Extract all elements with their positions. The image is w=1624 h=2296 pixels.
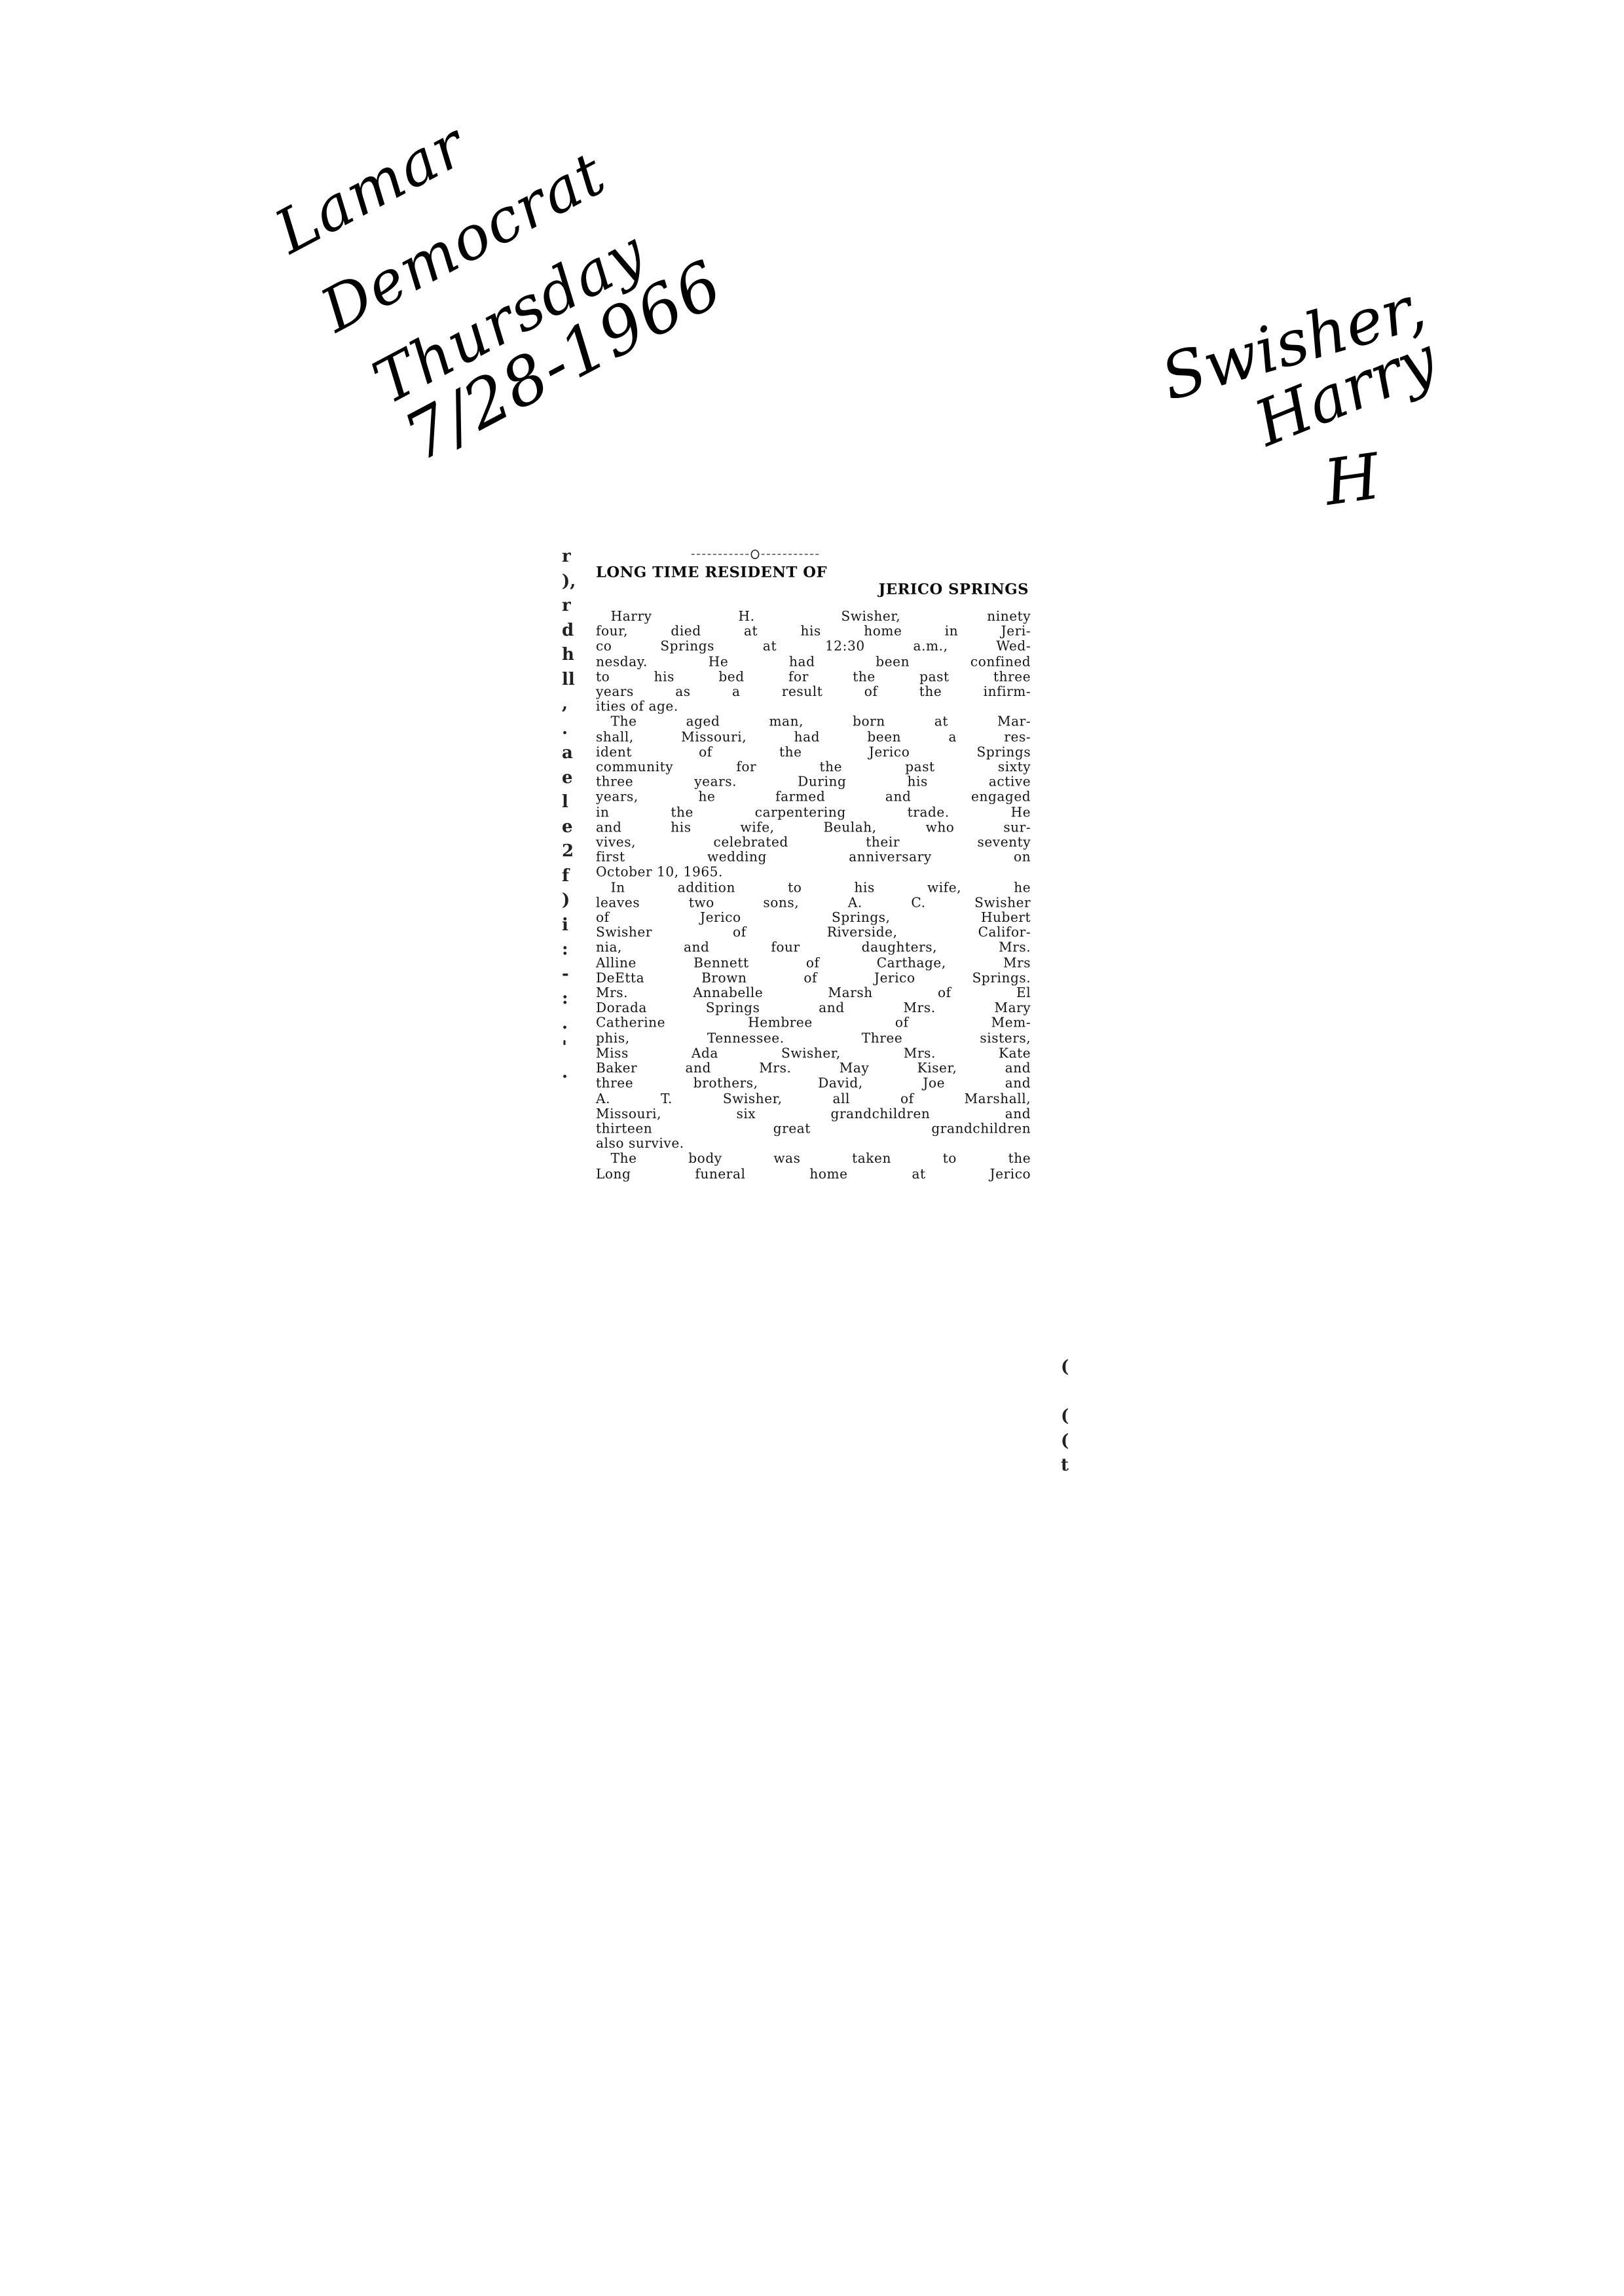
edge-fragment: [1061, 1257, 1080, 1282]
edge-fragment: ): [562, 888, 581, 913]
handwritten-subject-name: Swisher, Harry H: [1153, 308, 1493, 517]
text-line: nesday. He had been confined: [596, 654, 1031, 669]
edge-fragment: f: [562, 864, 581, 889]
handwritten-source-note: Lamar Democrat Thursday 7/28-1966: [295, 183, 701, 458]
text-line: October 10, 1965.: [596, 865, 1031, 880]
text-line: three years. During his active: [596, 774, 1031, 790]
edge-fragment: d: [562, 619, 581, 644]
handwritten-initial: H: [1321, 445, 1384, 515]
divider-circle-icon: [751, 549, 760, 559]
text-line: first wedding anniversary on: [596, 850, 1031, 865]
edge-fragment: :: [562, 987, 581, 1011]
edge-fragment: 2: [562, 839, 581, 864]
edge-fragment: ll: [562, 668, 581, 693]
text-line: Harry H. Swisher, ninety: [596, 609, 1031, 624]
text-line: leaves two sons, A. C. Swisher: [596, 895, 1031, 910]
text-line: Baker and Mrs. May Kiser, and: [596, 1061, 1031, 1076]
edge-fragment: r: [562, 545, 581, 570]
text-line: thirteen great grandchildren: [596, 1121, 1031, 1136]
text-line: Dorada Springs and Mrs. Mary: [596, 1000, 1031, 1015]
headline-line-1: LONG TIME RESIDENT OF: [596, 564, 1031, 581]
edge-fragment: :: [562, 938, 581, 962]
obituary-paragraph: Harry H. Swisher, ninetyfour, died at hi…: [596, 609, 1031, 714]
text-line: three brothers, David, Joe and: [596, 1076, 1031, 1091]
edge-fragment: (: [1061, 1429, 1080, 1454]
edge-fragment: l: [562, 790, 581, 815]
text-line: A. T. Swisher, all of Marshall,: [596, 1091, 1031, 1106]
text-line: community for the past sixty: [596, 759, 1031, 774]
text-line: and his wife, Beulah, who sur-: [596, 820, 1031, 835]
text-line: phis, Tennessee. Three sisters,: [596, 1030, 1031, 1046]
text-line: In addition to his wife, he: [596, 880, 1031, 895]
obituary-body: Harry H. Swisher, ninetyfour, died at hi…: [596, 609, 1031, 1181]
text-line: Miss Ada Swisher, Mrs. Kate: [596, 1046, 1031, 1061]
edge-fragment: e: [562, 766, 581, 791]
text-line: Catherine Hembree of Mem-: [596, 1015, 1031, 1030]
divider-dash-left: [692, 553, 748, 555]
obituary-paragraph: The aged man, born at Mar-shall, Missour…: [596, 714, 1031, 880]
text-line: to his bed for the past three: [596, 669, 1031, 684]
newspaper-clipping: r),rdhll,.aele2f)i:-:.'. (((t LONG TIME …: [544, 537, 1087, 1624]
text-line: Missouri, six grandchildren and: [596, 1106, 1031, 1121]
text-line: vives, celebrated their seventy: [596, 835, 1031, 850]
edge-fragment: (: [1061, 1404, 1080, 1429]
edge-fragment: r: [562, 594, 581, 619]
adjacent-column-fragments-right: (((t: [1061, 1257, 1080, 1478]
obituary-paragraph: The body was taken to theLong funeral ho…: [596, 1151, 1031, 1181]
text-line: nia, and four daughters, Mrs.: [596, 940, 1031, 955]
edge-fragment: ),: [562, 570, 581, 594]
edge-fragment: [1061, 1380, 1080, 1405]
edge-fragment: .: [562, 717, 581, 742]
edge-fragment: i: [562, 913, 581, 938]
text-line: ities of age.: [596, 699, 1031, 714]
edge-fragment: [1061, 1331, 1080, 1356]
text-line: shall, Missouri, had been a res-: [596, 729, 1031, 744]
text-line: years as a result of the infirm-: [596, 684, 1031, 699]
headline-line-2: JERICO SPRINGS: [596, 581, 1031, 598]
section-divider-ornament: [692, 547, 819, 560]
text-line: ident of the Jerico Springs: [596, 744, 1031, 759]
edge-fragment: .: [562, 1061, 581, 1085]
text-line: Alline Bennett of Carthage, Mrs: [596, 955, 1031, 970]
text-line: The body was taken to the: [596, 1151, 1031, 1166]
adjacent-column-fragments-left: r),rdhll,.aele2f)i:-:.'.: [562, 545, 581, 1085]
edge-fragment: (: [1061, 1355, 1080, 1380]
edge-fragment: [1061, 1306, 1080, 1331]
text-line: DeEtta Brown of Jerico Springs.: [596, 970, 1031, 985]
edge-fragment: ': [562, 1036, 581, 1061]
text-line: also survive.: [596, 1136, 1031, 1151]
edge-fragment: [1061, 1282, 1080, 1307]
text-line: Long funeral home at Jerico: [596, 1166, 1031, 1181]
obituary-column: LONG TIME RESIDENT OF JERICO SPRINGS Har…: [596, 537, 1031, 1182]
edge-fragment: a: [562, 741, 581, 766]
edge-fragment: .: [562, 1011, 581, 1036]
edge-fragment: h: [562, 643, 581, 668]
text-line: Mrs. Annabelle Marsh of El: [596, 985, 1031, 1000]
edge-fragment: -: [562, 962, 581, 987]
divider-dash-right: [762, 553, 819, 555]
text-line: Swisher of Riverside, Califor-: [596, 925, 1031, 940]
edge-fragment: t: [1061, 1453, 1080, 1478]
text-line: of Jerico Springs, Hubert: [596, 910, 1031, 925]
text-line: four, died at his home in Jeri-: [596, 624, 1031, 639]
edge-fragment: ,: [562, 692, 581, 717]
obituary-headline: LONG TIME RESIDENT OF JERICO SPRINGS: [596, 564, 1031, 598]
text-line: years, he farmed and engaged: [596, 790, 1031, 805]
text-line: in the carpentering trade. He: [596, 805, 1031, 820]
text-line: co Springs at 12:30 a.m., Wed-: [596, 639, 1031, 654]
obituary-paragraph: In addition to his wife, heleaves two so…: [596, 880, 1031, 1151]
text-line: The aged man, born at Mar-: [596, 714, 1031, 729]
edge-fragment: e: [562, 815, 581, 840]
